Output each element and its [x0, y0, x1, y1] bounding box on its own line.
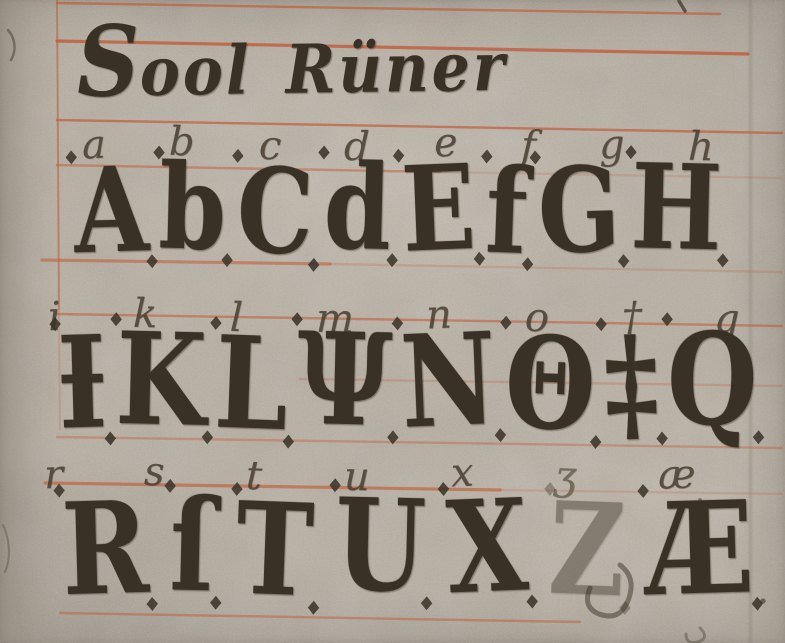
diamond-ornament: ◆	[393, 146, 405, 165]
diamond-ornament: ◆	[638, 481, 650, 500]
diamond-ornament: ◆	[201, 427, 213, 446]
diamond-ornament: ◆	[530, 147, 542, 166]
diamond-ornament: ◆	[661, 309, 673, 328]
alphabet-row-i-q-large-letters: Ɨ◆◆K◆◆L◆◆Ψ◆◆N◆◆Θ◆◆‡◆◆Q◆◆	[58, 330, 758, 434]
large-rune-letter-b: b◆◆	[158, 149, 228, 268]
diamond-ornament: ◆	[291, 309, 303, 328]
large-rune-letter-k: K◆◆	[114, 316, 207, 445]
large-rune-letter-s: ſ◆◆	[168, 482, 216, 610]
diamond-ornament: ◆	[308, 255, 320, 274]
diamond-ornament: ◆	[282, 432, 294, 451]
large-rune-letter-æ: Æ◆◆	[645, 484, 756, 614]
large-rune-letter-d: d◆◆	[323, 149, 393, 268]
large-rune-letter-o: Θ◆◆	[502, 319, 597, 449]
large-rune-letter-f: f◆◆	[484, 153, 530, 272]
page-title: Sool Rüner	[76, 0, 508, 119]
large-rune-letter-r: R◆◆	[60, 484, 150, 613]
large-rune-letter-l: L◆◆	[212, 319, 290, 448]
diamond-ornament: ◆	[210, 313, 222, 332]
manuscript-page: Sool Rüner abcdefgh A◆◆b◆◆C◆◆d◆◆E◆◆f◆◆G◆…	[0, 0, 785, 643]
large-rune-letter-n: N◆◆	[398, 316, 498, 447]
large-rune-letter-i: Ɨ◆◆	[56, 319, 108, 447]
diamond-ornament: ◆	[421, 593, 433, 612]
diamond-ornament: ◆	[437, 479, 449, 498]
large-rune-letter-z: Z◆◆	[547, 485, 628, 615]
ae-descender-flourish	[686, 628, 705, 643]
large-rune-letter-g: G◆◆	[537, 151, 622, 270]
diamond-ornament: ◆	[717, 250, 729, 269]
large-rune-letter-t: T◆◆	[234, 485, 316, 615]
large-rune-letter-a: A◆◆	[72, 151, 150, 270]
diamond-ornament: ◆	[625, 142, 637, 161]
diamond-ornament: ◆	[164, 476, 176, 495]
ink-tick-top-right	[679, 1, 685, 11]
diamond-ornament: ◆	[307, 598, 319, 617]
large-rune-letter-q: Q◆◆	[666, 316, 759, 445]
diamond-ornament: ◆	[619, 598, 631, 617]
diamond-ornament: ◆	[391, 313, 403, 332]
large-rune-letter-u: U◆◆	[333, 482, 427, 611]
diamond-ornament: ◆	[387, 250, 399, 269]
diamond-ornament: ◆	[522, 254, 534, 273]
diamond-ornament: ◆	[753, 427, 765, 446]
diamond-ornament: ◆	[595, 314, 607, 333]
diamond-ornament: ◆	[589, 432, 601, 451]
diamond-ornament: ◆	[53, 481, 65, 500]
diamond-ornament: ◆	[319, 142, 331, 161]
large-rune-letter-p: ‡◆◆	[602, 319, 660, 447]
diamond-ornament: ◆	[544, 479, 556, 498]
diamond-ornament: ◆	[752, 594, 764, 613]
diamond-ornament: ◆	[499, 313, 511, 332]
diamond-ornament: ◆	[222, 250, 234, 269]
large-rune-letter-e: E◆◆	[400, 149, 478, 269]
diamond-ornament: ◆	[153, 142, 165, 161]
large-rune-letter-m: Ψ◆◆	[295, 315, 393, 444]
large-rune-letter-x: X◆◆	[444, 482, 530, 612]
diamond-ornament: ◆	[232, 146, 244, 165]
diamond-ornament: ◆	[387, 427, 399, 446]
diamond-ornament: ◆	[526, 591, 538, 610]
diamond-ornament: ◆	[210, 593, 222, 612]
diamond-ornament: ◆	[618, 251, 630, 270]
alphabet-row-a-h-large-letters: A◆◆b◆◆C◆◆d◆◆E◆◆f◆◆G◆◆H◆◆	[74, 162, 722, 258]
diamond-ornament: ◆	[481, 146, 493, 165]
diamond-ornament: ◆	[329, 475, 341, 494]
diamond-ornament: ◆	[110, 309, 122, 328]
diamond-ornament: ◆	[49, 314, 61, 333]
diamond-ornament: ◆	[146, 251, 158, 270]
diamond-ornament: ◆	[231, 479, 243, 498]
diamond-ornament: ◆	[146, 594, 158, 613]
large-rune-letter-c: C◆◆	[235, 152, 316, 272]
alphabet-row-r-ae-large-letters: R◆◆ſ◆◆T◆◆U◆◆X◆◆Z◆◆Æ◆◆	[62, 496, 754, 600]
large-rune-letter-h: H◆◆	[630, 148, 723, 267]
small-guide-letter-s: s	[144, 452, 165, 492]
diamond-ornament: ◆	[65, 147, 77, 166]
